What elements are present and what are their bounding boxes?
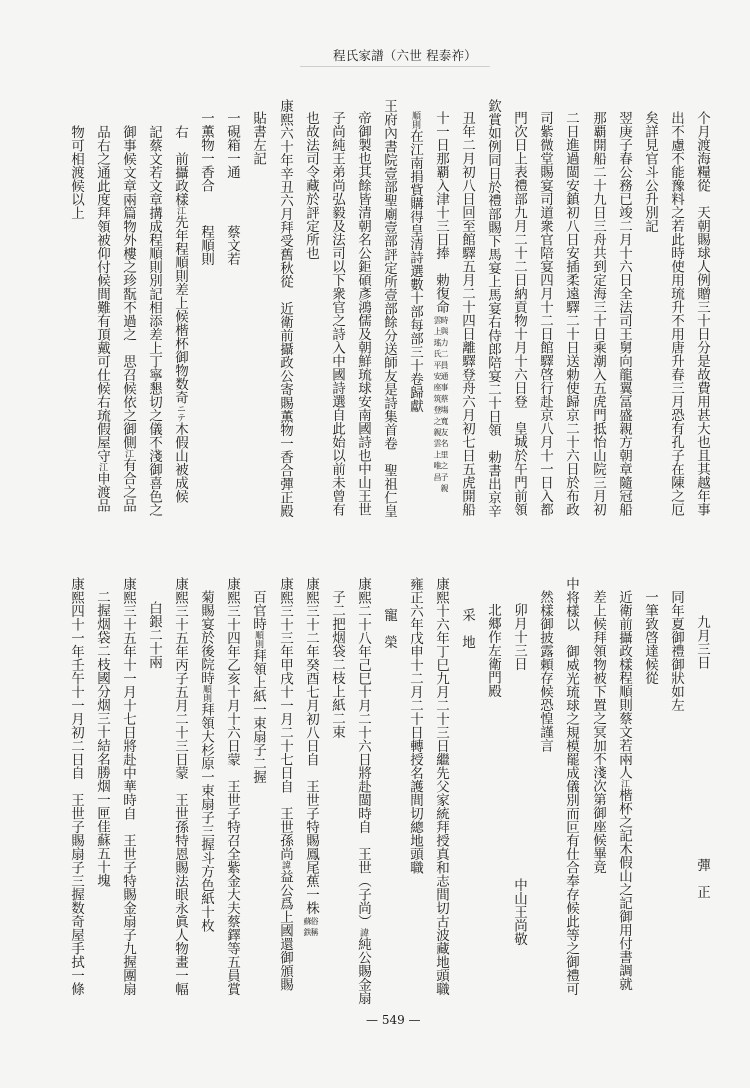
column-text: 出不慮不能豫料之若此時使用琉升不用唐升春三月恐有孔子在陳之厄: [668, 111, 684, 516]
lower-column-05: 差上候拜領物被下置之冥加不淺次第御座候畢竟: [591, 590, 605, 874]
lower-column-01: 九月三日彈 正: [695, 615, 709, 899]
list-item-name: 蔡文若: [225, 225, 239, 266]
letter-addressee: 北郷作左衛門殿: [485, 603, 501, 698]
header-rule: [300, 66, 490, 67]
column-text: 司紫微堂賜宴司道衆官陪宴四月十二日館驛啓行赴京八月十一日入都: [537, 111, 553, 516]
upper-column-02: 出不慮不能豫料之若此時使用琉升不用唐升春三月恐有孔子在陳之厄: [669, 111, 683, 516]
lower-column-22: 白銀二十兩: [147, 601, 161, 669]
letter-signer: 中山王尚敬: [512, 878, 526, 946]
upper-column-04: 翌庚子春公務已竣二月十六日全法司王舅向龍翼冨盛親方朝章隨冠船: [617, 111, 631, 516]
lower-column-20: 菊賜宴於後院時順則拜領大杉原一束扇子三握斗方色紙十枚: [199, 590, 213, 932]
column-text: 記蔡文若文章搆成程順則別記相添差上丁寧懇切之儀不淺御喜色之: [146, 125, 162, 517]
column-text: 菊賜宴於後院時: [198, 590, 214, 685]
lower-column-03: 一筆致啓達候從: [643, 590, 657, 685]
lower-column-23: 康熙三十五年十一月十七日將赴中華時自 王世子特賜金扇子九握團扇: [121, 577, 135, 996]
upper-column-12: 順則在江南捐貲購得皇清詩選數十部每部三十卷歸獻: [408, 111, 422, 413]
inline-small-annotation: 江: [97, 463, 107, 472]
lower-column-16: 康熙三十二年癸酉七月初八日自 王世子特賜鳳尾蕉一株俗稱蘇鉄: [304, 577, 318, 939]
lower-column-07: 然樣御披露頼存候恐惶謹言: [538, 590, 552, 752]
upper-column-03: 矣詳見官斗公升別記: [643, 111, 657, 233]
upper-column-05: 那覇開船二十九日三舟共到定海三十日乘潮入五虎門抵怡山院三月初: [591, 111, 605, 516]
column-text: 康熙六十年辛丑六月拜受舊秋從 近衛前攝政公寄賜薫物一香合彈正殿: [277, 99, 293, 518]
lower-column-11: 康熙十六年丁巳九月二十三日繼先父家統拜授真和志間切古波藏地頭職: [434, 577, 448, 996]
column-text: 百官時: [250, 590, 266, 631]
column-text: 一筆致啓達候從: [642, 590, 658, 685]
column-text: 欽賞如例同日於禮部賜下馬宴上馬宴右侍郎陪宴二十日領 勅書出京辛: [485, 99, 501, 518]
column-text: 也故法司令藏於評定所也: [303, 111, 319, 260]
inline-small-annotation: 順則: [201, 685, 211, 703]
lower-column-19: 康熙三十四年乙亥十月十六日蒙 王世子特召全紫金大夫蔡鐸等五員賞: [225, 577, 239, 996]
lower-column-10: 采 地: [460, 608, 474, 649]
column-text: 王府內書院壹部聖廟壹部評定所壹部餘分送師友是詩集首卷 聖祖仁皇: [381, 99, 397, 518]
column-text: 同年夏御禮御狀如左: [668, 590, 684, 712]
column-text: 物可相渡候以上: [68, 125, 84, 220]
column-text: 康熙三十五年丙子五月二十三日蒙 王世孫特恩賜法眼永眞人物畫一幅: [172, 577, 188, 996]
upper-column-25: 物可相渡候以上: [69, 125, 83, 220]
column-text: 子二把烟袋二枝上紙二束: [329, 590, 345, 739]
column-text: 近衛前攝政樣程順則蔡文若兩人: [616, 590, 632, 779]
list-item-text: 一薫物一香合: [198, 111, 214, 192]
upper-column-06: 二日進過閩安鎮初八日安插柔遠驛二十日送勅使歸京二十六日於布政: [564, 111, 578, 516]
section-heading: 采 地: [459, 608, 475, 649]
lower-column-21: 康熙三十五年丙子五月二十三日蒙 王世孫特恩賜法眼永眞人物畫一幅: [173, 577, 187, 996]
column-text: 純公賜金扇: [355, 937, 371, 1005]
note-line-right: 時與力二員通事蔡塲寬友名里之子親: [441, 316, 448, 495]
column-text: 二日進過閩安鎮初八日安插柔遠驛二十日送勅使歸京二十六日於布政: [563, 111, 579, 516]
lower-column-02: 同年夏御禮御狀如左: [669, 590, 683, 712]
lower-column-08: 卯月十三日中山王尚敬: [512, 603, 526, 945]
upper-column-07: 司紫微堂賜宴司道衆官陪宴四月十二日館驛啓行赴京八月十一日入都: [538, 111, 552, 516]
column-text: 那覇開船二十九日三舟共到定海三十日乘潮入五虎門抵怡山院三月初: [590, 111, 606, 516]
inline-small-annotation: 諱: [280, 861, 290, 870]
upper-column-14: 帝御製也其餘皆清朝名公鉅碩彥鴻儒及朝鮮琉球安南國詩也中山王世: [356, 111, 370, 516]
upper-column-23: 御事候文章兩篇物外樓之珍翫不過之 思召候依之御側江有合之品: [121, 125, 135, 512]
list-item-text: 一硯箱一通: [224, 111, 240, 179]
column-text: 門次日上表禮部九月二十二日納貢物十月十六日登 皇城於午門前領: [511, 111, 527, 516]
interlinear-note: 時與力二員通事蔡塲寬友名里之子親雲上瑤氏平安座筑登之親雲上唯昌: [434, 316, 448, 495]
inline-small-annotation: ニテ: [175, 404, 185, 422]
column-text: 右 前攝政樣: [172, 125, 188, 206]
column-text: 有合之品: [120, 458, 136, 512]
lower-column-06: 中将樣以 御威光琉球之規模罷成儀別而叵有仕合奉存候此等之御禮可: [564, 577, 578, 996]
upper-column-24: 品右之通此度拜領被仰付候間難有頂戴可仕候右琉假屋守江申渡品: [95, 125, 109, 512]
lower-column-13: 寵 榮: [382, 608, 396, 649]
column-text: 个月渡海糧從 天朝賜球人例贈三十日分是故費用甚大也且其越年事: [694, 111, 710, 516]
column-text: 品右之通此度拜領被仰付候間難有頂戴可仕候右琉假屋守: [94, 125, 110, 463]
upper-column-13: 王府內書院壹部聖廟壹部評定所壹部餘分送師友是詩集首卷 聖祖仁皇: [382, 99, 396, 518]
column-text: 康熙三十二年癸酉七月初八日自 王世子特賜鳳尾蕉一株: [303, 577, 319, 915]
upper-column-18: 貼書左記: [251, 111, 265, 165]
upper-column-16: 也故法司令藏於評定所也: [304, 111, 318, 260]
inline-small-annotation: 江: [123, 449, 133, 458]
upper-column-09: 欽賞如例同日於禮部賜下馬宴上馬宴右侍郎陪宴二十日領 勅書出京辛: [486, 99, 500, 518]
column-text: 中将樣以 御威光琉球之規模罷成儀別而叵有仕合奉存候此等之御禮可: [563, 577, 579, 996]
inline-small-annotation: 江: [175, 206, 185, 215]
column-text: 然樣御披露頼存候恐惶謹言: [537, 590, 553, 752]
inline-small-annotation: 順則: [253, 631, 263, 649]
upper-column-08: 門次日上表禮部九月二十二日納貢物十月十六日登 皇城於午門前領: [512, 111, 526, 516]
inline-small-annotation: 諱: [358, 928, 368, 937]
column-text: 拜領上紙一束扇子二握: [250, 649, 266, 784]
upper-column-10: 丑年二月初八日回至館驛五月二十四日離驛登舟六月初七日五虎開船: [460, 111, 474, 516]
lower-column-14: 康熙二十八年己巳十月二十六日將赴閩時自 王世（子尚）諱純公賜金扇: [356, 577, 370, 1005]
upper-column-17: 康熙六十年辛丑六月拜受舊秋從 近衛前攝政公寄賜薫物一香合彈正殿: [278, 99, 292, 518]
upper-column-11: 十一日那覇入津十三日捧 勅復命時與力二員通事蔡塲寬友名里之子親雲上瑤氏平安座筑登…: [434, 111, 448, 495]
lower-column-18: 百官時順則拜領上紙一束扇子二握: [251, 590, 265, 784]
column-text: 子尚純王弟尚弘毅及法司以下衆官之詩入中國詩選自此始以前未曾有: [329, 111, 345, 516]
column-text: 御事候文章兩篇物外樓之珍翫不過之 思召候依之御側: [120, 125, 136, 449]
scanned-page: 程氏家譜（六世 程泰祚） 个月渡海糧從 天朝賜球人例贈三十日分是故費用甚大也且其…: [0, 0, 750, 1088]
column-text: 在江南捐貲購得皇清詩選數十部每部三十卷歸獻: [407, 129, 423, 413]
upper-column-19: 一硯箱一通蔡文若: [225, 111, 239, 265]
section-heading: 寵 榮: [381, 608, 397, 649]
lower-column-24: 二握烟袋二枝國分烟三十結名勝烟一匣佳蘇五十塊: [95, 590, 109, 887]
inline-small-annotation: 江: [619, 779, 629, 788]
column-text: 楷杯之記木假山之記御用付書調就: [616, 788, 632, 991]
column-text: 矣詳見官斗公升別記: [642, 111, 658, 233]
column-text: 益公爲上國還御頒賜: [277, 870, 293, 992]
column-text: 二握烟袋二枝國分烟三十結名勝烟一匣佳蘇五十塊: [94, 590, 110, 887]
lower-column-15: 子二把烟袋二枝上紙二束: [330, 590, 344, 739]
lower-column-17: 康熙三十三年甲戌十一月二十七日自 王世孫尚諱益公爲上國還御頒賜: [278, 577, 292, 991]
lower-column-25: 康熙四十一年壬午十一月初二日自 王世子賜扇子三握数奇屋手拭一條: [69, 577, 83, 996]
column-text: 拜領大杉原一束扇子三握斗方色紙十枚: [198, 703, 214, 933]
note-line-right: 俗稱: [311, 917, 318, 939]
list-item-name: 程順則: [199, 225, 213, 266]
lower-column-04: 近衛前攝政樣程順則蔡文若兩人江楷杯之記木假山之記御用付書調就: [617, 590, 631, 991]
upper-column-20: 一薫物一香合程順則: [199, 111, 213, 266]
upper-column-21: 右 前攝政樣江先年程順則差上候楷杯御物数奇ニテ木假山被成候: [173, 125, 187, 503]
column-text: 康熙三十三年甲戌十一月二十七日自 王世孫尚: [277, 577, 293, 861]
letter-signer: 彈 正: [695, 858, 709, 899]
column-text: 丑年二月初八日回至館驛五月二十四日離驛登舟六月初七日五虎開船: [459, 111, 475, 516]
column-text: 雍正六年戊申十二月二十日轉授名護間切總地頭職: [407, 577, 423, 874]
page-number: — 549 —: [366, 1013, 421, 1027]
lower-column-12: 雍正六年戊申十二月二十日轉授名護間切總地頭職: [408, 577, 422, 874]
column-text: 康熙二十八年己巳十月二十六日將赴閩時自 王世（子尚）: [355, 577, 371, 928]
inline-small-annotation: 順則: [410, 111, 420, 129]
column-text: 白銀二十兩: [146, 601, 162, 669]
letter-date: 卯月十三日: [511, 603, 527, 671]
column-text: 翌庚子春公務已竣二月十六日全法司王舅向龍翼冨盛親方朝章隨冠船: [616, 111, 632, 516]
column-text: 康熙四十一年壬午十一月初二日自 王世子賜扇子三握数奇屋手拭一條: [68, 577, 84, 996]
column-text: 木假山被成候: [172, 422, 188, 503]
upper-column-15: 子尚純王弟尚弘毅及法司以下衆官之詩入中國詩選自此始以前未曾有: [330, 111, 344, 516]
column-text: 十一日那覇入津十三日捧 勅復命: [433, 111, 449, 314]
section-heading: 貼書左記: [250, 111, 266, 165]
upper-column-01: 个月渡海糧從 天朝賜球人例贈三十日分是故費用甚大也且其越年事: [695, 111, 709, 516]
column-text: 康熙三十四年乙亥十月十六日蒙 王世子特召全紫金大夫蔡鐸等五員賞: [224, 577, 240, 996]
column-text: 先年程順則差上候楷杯御物数奇: [172, 215, 188, 404]
column-text: 申渡品: [94, 472, 110, 513]
column-text: 帝御製也其餘皆清朝名公鉅碩彥鴻儒及朝鮮琉球安南國詩也中山王世: [355, 111, 371, 516]
upper-column-22: 記蔡文若文章搆成程順則別記相添差上丁寧懇切之儀不淺御喜色之: [147, 125, 161, 517]
lower-column-09: 北郷作左衛門殿: [486, 603, 500, 698]
column-text: 康熙三十五年十一月十七日將赴中華時自 王世子特賜金扇子九握團扇: [120, 577, 136, 996]
interlinear-note: 俗稱蘇鉄: [304, 917, 318, 939]
column-text: 差上候拜領物被下置之冥加不淺次第御座候畢竟: [590, 590, 606, 874]
column-text: 康熙十六年丁巳九月二十三日繼先父家統拜授真和志間切古波藏地頭職: [433, 577, 449, 996]
letter-date: 九月三日: [694, 615, 710, 669]
running-header: 程氏家譜（六世 程泰祚）: [333, 49, 477, 63]
